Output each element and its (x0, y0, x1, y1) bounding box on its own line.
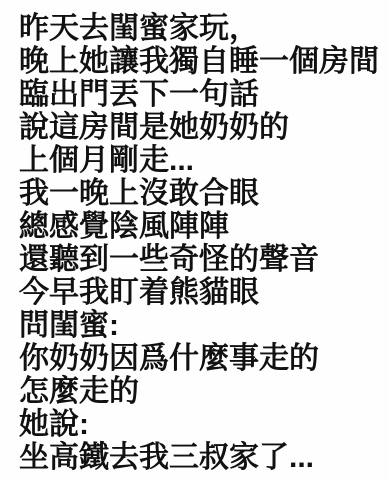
text-line: 坐高鐵去我三叔家了... (19, 441, 383, 474)
text-line: 我一晚上沒敢合眼 (19, 177, 383, 210)
text-line: 她說: (19, 408, 383, 441)
text-line: 說這房間是她奶奶的 (19, 111, 383, 144)
text-line: 上個月剛走... (19, 144, 383, 177)
text-line: 晚上她讓我獨自睡一個房間 (19, 45, 383, 78)
text-line: 臨出門丟下一句話 (19, 78, 383, 111)
text-line: 還聽到一些奇怪的聲音 (19, 243, 383, 276)
text-line: 總感覺陰風陣陣 (19, 210, 383, 243)
text-line: 你奶奶因爲什麼事走的 (19, 342, 383, 375)
story-text: 昨天去閨蜜家玩， 晚上她讓我獨自睡一個房間 臨出門丟下一句話 說這房間是她奶奶的… (0, 0, 389, 480)
text-line: 問閨蜜: (19, 309, 383, 342)
text-line: 怎麼走的 (19, 375, 383, 408)
text-line: 今早我盯着熊貓眼 (19, 276, 383, 309)
text-line: 昨天去閨蜜家玩， (19, 12, 383, 45)
